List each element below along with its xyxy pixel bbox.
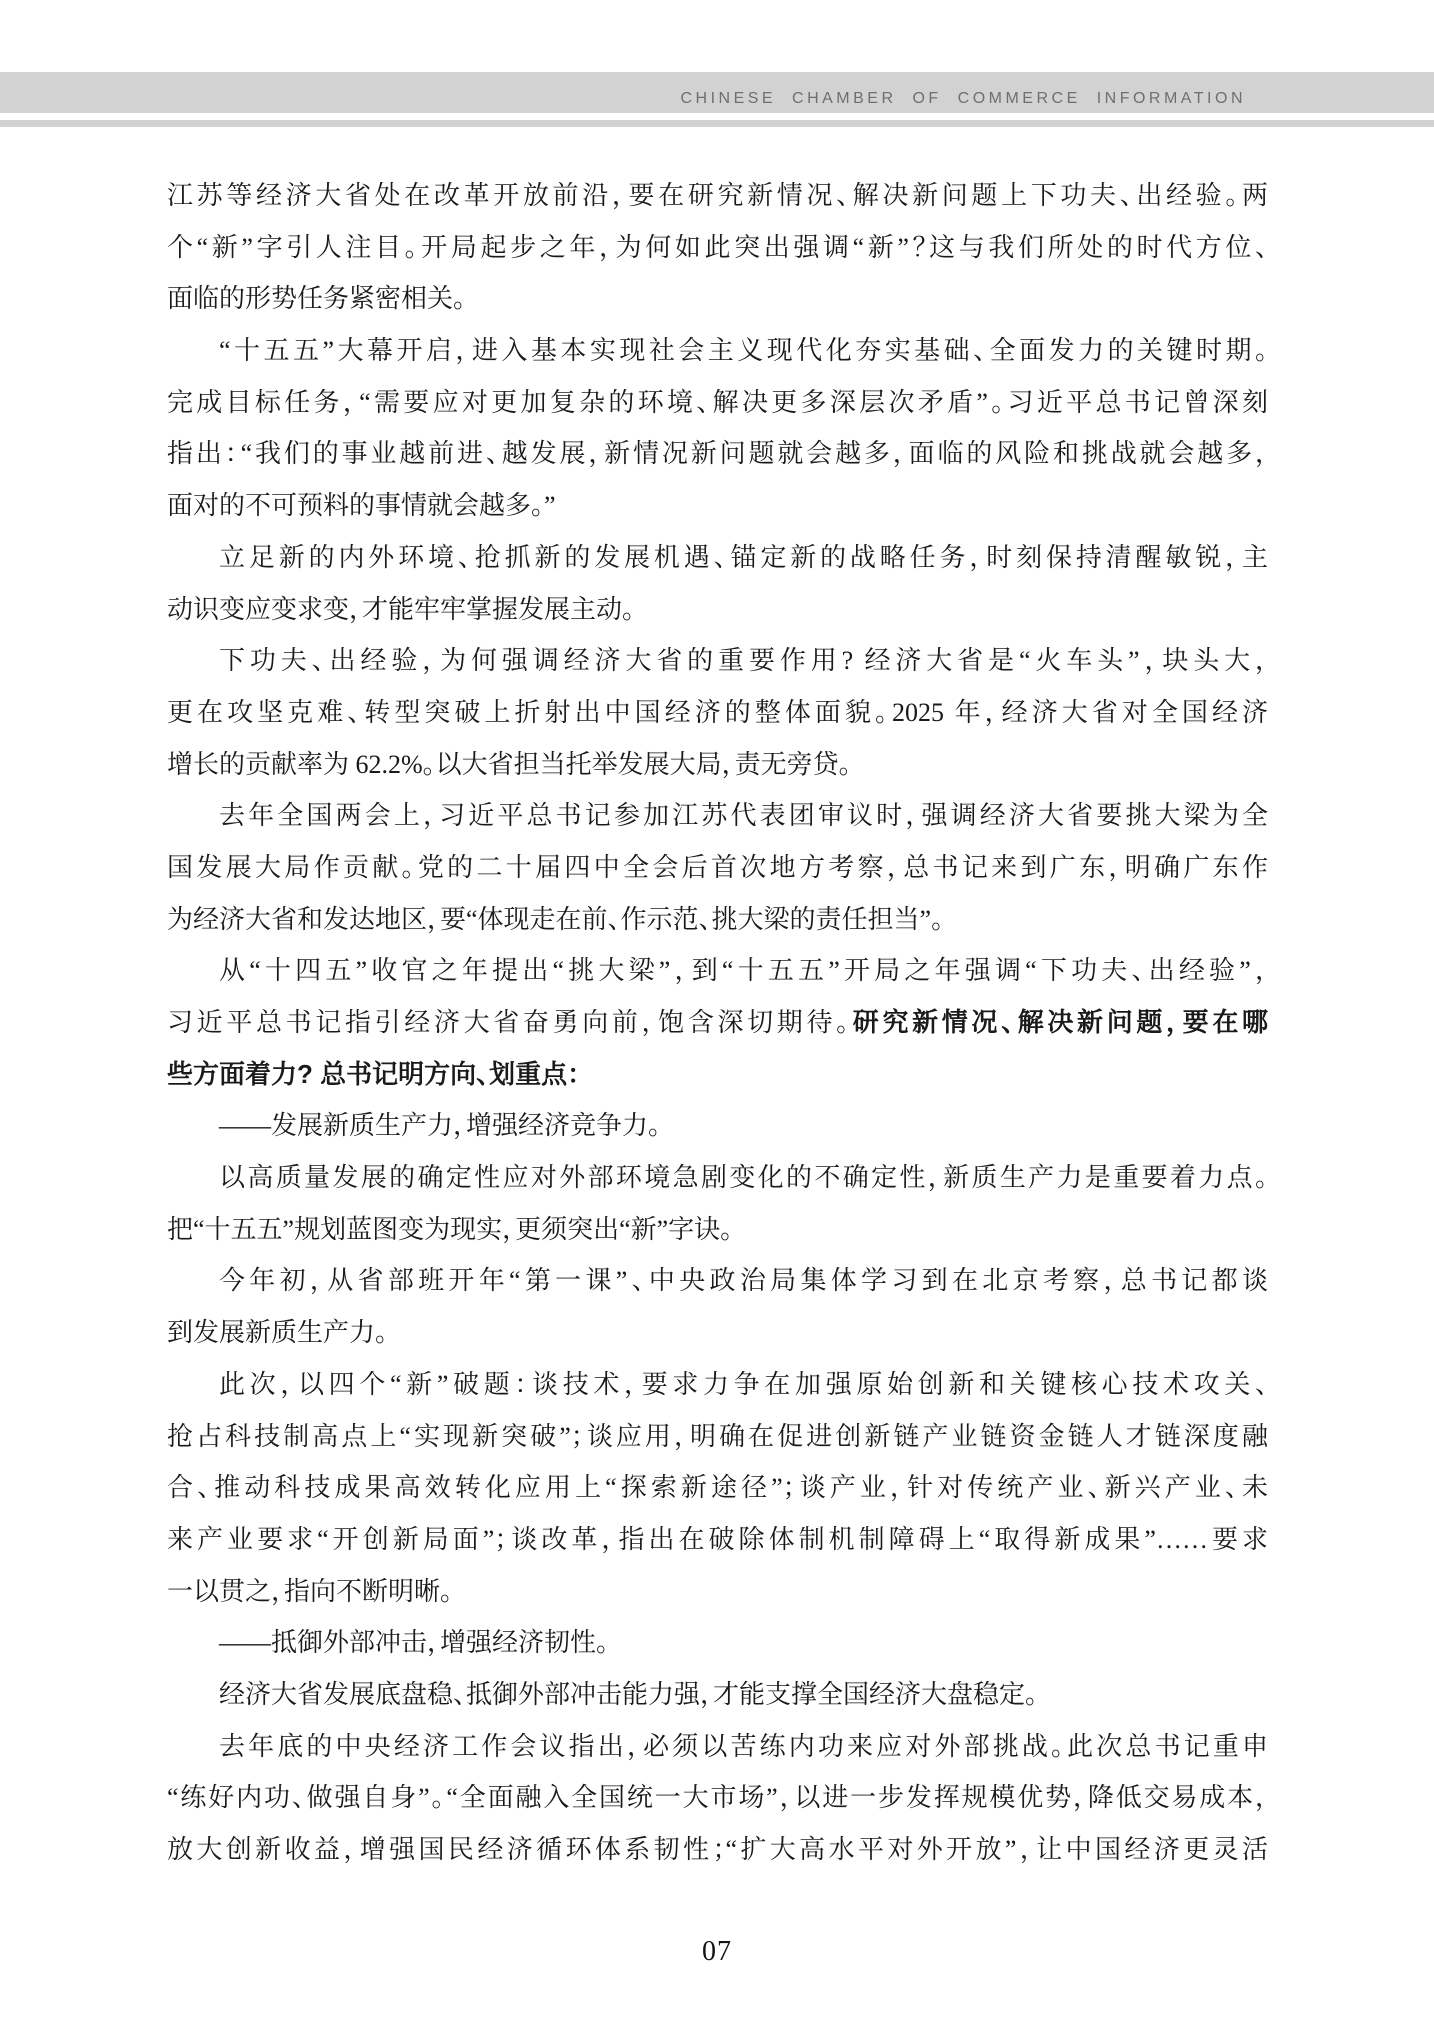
body-text: ——抵御外部冲击，增强经济韧性。 (219, 1628, 609, 1657)
text-line: 面临的形势任务紧密相关。 (167, 273, 1268, 325)
text-line: 更在攻坚克难、转型突破上折射出中国经济的整体面貌。2025 年，经济大省对全国经… (167, 687, 1268, 739)
paragraph: 今年初，从省部班开年“第一课”、中央政治局集体学习到在北京考察，总书记都谈到发展… (167, 1255, 1268, 1358)
paragraph: 立足新的内外环境、抢抓新的发展机遇、锚定新的战略任务，时刻保持清醒敏锐，主动识变… (167, 532, 1268, 635)
text-line: 经济大省发展底盘稳、抵御外部冲击能力强，才能支撑全国经济大盘稳定。 (167, 1669, 1268, 1721)
text-line: 此次，以四个“新”破题：谈技术，要求力争在加强原始创新和关键核心技术攻关、 (167, 1359, 1268, 1411)
text-line: 从“十四五”收官之年提出“挑大梁”，到“十五五”开局之年强调“下功夫、出经验”， (167, 945, 1268, 997)
body-text: 一以贯之，指向不断明晰。 (167, 1577, 453, 1606)
emphasis-text: 研究新情况、解决新问题，要在哪 (853, 1007, 1268, 1037)
paragraph: 以高质量发展的确定性应对外部环境急剧变化的不确定性，新质生产力是重要着力点。把“… (167, 1152, 1268, 1255)
text-line: 国发展大局作贡献。党的二十届四中全会后首次地方考察，总书记来到广东，明确广东作 (167, 842, 1268, 894)
text-line: 为经济大省和发达地区，要“体现走在前、作示范、挑大梁的责任担当”。 (167, 894, 1268, 946)
body-text: 下功夫、出经验，为何强调经济大省的重要作用? 经济大省是“火车头”，块头大， (219, 646, 1268, 675)
body-text: 放大创新收益，增强国民经济循环体系韧性；“扩大高水平对外开放”，让中国经济更灵活 (167, 1835, 1268, 1864)
body-text: 经济大省发展底盘稳、抵御外部冲击能力强，才能支撑全国经济大盘稳定。 (219, 1680, 1038, 1709)
text-line: 个“新”字引人注目。开局起步之年，为何如此突出强调“新”？这与我们所处的时代方位… (167, 222, 1268, 274)
paragraph: 经济大省发展底盘稳、抵御外部冲击能力强，才能支撑全国经济大盘稳定。 (167, 1669, 1268, 1721)
text-line: 把“十五五”规划蓝图变为现实，更须突出“新”字诀。 (167, 1204, 1268, 1256)
article: 江苏等经济大省处在改革开放前沿，要在研究新情况、解决新问题上下功夫、出经验。两个… (167, 170, 1268, 1876)
paragraph: 从“十四五”收官之年提出“挑大梁”，到“十五五”开局之年强调“下功夫、出经验”，… (167, 945, 1268, 1100)
body-text: 完成目标任务，“需要应对更加复杂的环境、解决更多深层次矛盾”。习近平总书记曾深刻 (167, 388, 1268, 417)
header-banner-bar: CHINESE CHAMBER OF COMMERCE INFORMATION (0, 72, 1434, 113)
emphasis-text: 些方面着力? 总书记明方向、划重点： (167, 1059, 580, 1089)
body-text: 来产业要求“开创新局面”；谈改革，指出在破除体制机制障碍上“取得新成果”……要求 (167, 1525, 1268, 1554)
text-line: 今年初，从省部班开年“第一课”、中央政治局集体学习到在北京考察，总书记都谈 (167, 1255, 1268, 1307)
text-line: 一以贯之，指向不断明晰。 (167, 1566, 1268, 1618)
page-number: 07 (0, 1936, 1434, 1968)
text-line: 去年全国两会上，习近平总书记参加江苏代表团审议时，强调经济大省要挑大梁为全 (167, 790, 1268, 842)
body-text: 到发展新质生产力。 (167, 1318, 388, 1347)
body-text: 去年底的中央经济工作会议指出，必须以苦练内功来应对外部挑战。此次总书记重申 (219, 1732, 1268, 1761)
text-line: 合、推动科技成果高效转化应用上“探索新途径”；谈产业，针对传统产业、新兴产业、未 (167, 1462, 1268, 1514)
text-line: 来产业要求“开创新局面”；谈改革，指出在破除体制机制障碍上“取得新成果”……要求 (167, 1514, 1268, 1566)
text-line: “十五五”大幕开启，进入基本实现社会主义现代化夯实基础、全面发力的关键时期。 (167, 325, 1268, 377)
text-line: 立足新的内外环境、抢抓新的发展机遇、锚定新的战略任务，时刻保持清醒敏锐，主 (167, 532, 1268, 584)
body-text: 面对的不可预料的事情就会越多。” (167, 491, 556, 520)
body-text: 个“新”字引人注目。开局起步之年，为何如此突出强调“新”？这与我们所处的时代方位… (167, 233, 1268, 262)
body-text: 合、推动科技成果高效转化应用上“探索新途径”；谈产业，针对传统产业、新兴产业、未 (167, 1473, 1268, 1502)
paragraph: “十五五”大幕开启，进入基本实现社会主义现代化夯实基础、全面发力的关键时期。完成… (167, 325, 1268, 532)
body-text: 此次，以四个“新”破题：谈技术，要求力争在加强原始创新和关键核心技术攻关、 (219, 1370, 1268, 1399)
body-text: “练好内功、做强自身”。“全面融入全国统一大市场”，以进一步发挥规模优势，降低交… (167, 1783, 1268, 1812)
body-text: “十五五”大幕开启，进入基本实现社会主义现代化夯实基础、全面发力的关键时期。 (219, 336, 1268, 365)
text-line: 习近平总书记指引经济大省奋勇向前，饱含深切期待。研究新情况、解决新问题，要在哪 (167, 997, 1268, 1049)
paragraph: 下功夫、出经验，为何强调经济大省的重要作用? 经济大省是“火车头”，块头大，更在… (167, 635, 1268, 790)
text-line: 动识变应变求变，才能牢牢掌握发展主动。 (167, 584, 1268, 636)
text-line: 以高质量发展的确定性应对外部环境急剧变化的不确定性，新质生产力是重要着力点。 (167, 1152, 1268, 1204)
body-text: 以高质量发展的确定性应对外部环境急剧变化的不确定性，新质生产力是重要着力点。 (219, 1163, 1268, 1192)
text-line: “练好内功、做强自身”。“全面融入全国统一大市场”，以进一步发挥规模优势，降低交… (167, 1772, 1268, 1824)
body-text: 今年初，从省部班开年“第一课”、中央政治局集体学习到在北京考察，总书记都谈 (219, 1266, 1268, 1295)
text-line: 去年底的中央经济工作会议指出，必须以苦练内功来应对外部挑战。此次总书记重申 (167, 1721, 1268, 1773)
body-text: 动识变应变求变，才能牢牢掌握发展主动。 (167, 595, 635, 624)
body-text: 把“十五五”规划蓝图变为现实，更须突出“新”字诀。 (167, 1215, 733, 1244)
text-line: 下功夫、出经验，为何强调经济大省的重要作用? 经济大省是“火车头”，块头大， (167, 635, 1268, 687)
text-line: ——发展新质生产力，增强经济竞争力。 (167, 1100, 1268, 1152)
paragraph: 去年底的中央经济工作会议指出，必须以苦练内功来应对外部挑战。此次总书记重申“练好… (167, 1721, 1268, 1876)
paragraph: 江苏等经济大省处在改革开放前沿，要在研究新情况、解决新问题上下功夫、出经验。两个… (167, 170, 1268, 325)
body-text: 江苏等经济大省处在改革开放前沿，要在研究新情况、解决新问题上下功夫、出经验。两 (167, 181, 1268, 210)
text-line: 增长的贡献率为 62.2%。以大省担当托举发展大局，责无旁贷。 (167, 739, 1268, 791)
body-text: 指出：“我们的事业越前进、越发展，新情况新问题就会越多，面临的风险和挑战就会越多… (167, 439, 1268, 468)
body-text: 面临的形势任务紧密相关。 (167, 284, 466, 313)
paragraph: ——发展新质生产力，增强经济竞争力。 (167, 1100, 1268, 1152)
text-line: 些方面着力? 总书记明方向、划重点： (167, 1049, 1268, 1101)
body-text: ——发展新质生产力，增强经济竞争力。 (219, 1111, 661, 1140)
text-line: 指出：“我们的事业越前进、越发展，新情况新问题就会越多，面临的风险和挑战就会越多… (167, 428, 1268, 480)
body-text: 更在攻坚克难、转型突破上折射出中国经济的整体面貌。2025 年，经济大省对全国经… (167, 698, 1268, 727)
body-text: 从“十四五”收官之年提出“挑大梁”，到“十五五”开局之年强调“下功夫、出经验”， (219, 956, 1268, 985)
text-line: 江苏等经济大省处在改革开放前沿，要在研究新情况、解决新问题上下功夫、出经验。两 (167, 170, 1268, 222)
body-text: 立足新的内外环境、抢抓新的发展机遇、锚定新的战略任务，时刻保持清醒敏锐，主 (219, 543, 1268, 572)
body-text: 为经济大省和发达地区，要“体现走在前、作示范、挑大梁的责任担当”。 (167, 905, 944, 934)
paragraph: 去年全国两会上，习近平总书记参加江苏代表团审议时，强调经济大省要挑大梁为全国发展… (167, 790, 1268, 945)
header-banner-text: CHINESE CHAMBER OF COMMERCE INFORMATION (680, 90, 1246, 108)
paragraph: 此次，以四个“新”破题：谈技术，要求力争在加强原始创新和关键核心技术攻关、抢占科… (167, 1359, 1268, 1617)
body-text: 增长的贡献率为 62.2%。以大省担当托举发展大局，责无旁贷。 (167, 750, 852, 779)
header-banner-thin-bar (0, 120, 1434, 127)
text-line: 到发展新质生产力。 (167, 1307, 1268, 1359)
text-line: 面对的不可预料的事情就会越多。” (167, 480, 1268, 532)
body-text: 国发展大局作贡献。党的二十届四中全会后首次地方考察，总书记来到广东，明确广东作 (167, 853, 1268, 882)
paragraph: ——抵御外部冲击，增强经济韧性。 (167, 1617, 1268, 1669)
body-text: 抢占科技制高点上“实现新突破”；谈应用，明确在促进创新链产业链资金链人才链深度融 (167, 1422, 1268, 1451)
body-text: 去年全国两会上，习近平总书记参加江苏代表团审议时，强调经济大省要挑大梁为全 (219, 801, 1268, 830)
text-line: ——抵御外部冲击，增强经济韧性。 (167, 1617, 1268, 1669)
text-line: 抢占科技制高点上“实现新突破”；谈应用，明确在促进创新链产业链资金链人才链深度融 (167, 1411, 1268, 1463)
text-line: 放大创新收益，增强国民经济循环体系韧性；“扩大高水平对外开放”，让中国经济更灵活 (167, 1824, 1268, 1876)
text-line: 完成目标任务，“需要应对更加复杂的环境、解决更多深层次矛盾”。习近平总书记曾深刻 (167, 377, 1268, 429)
body-text: 习近平总书记指引经济大省奋勇向前，饱含深切期待。 (167, 1008, 853, 1037)
